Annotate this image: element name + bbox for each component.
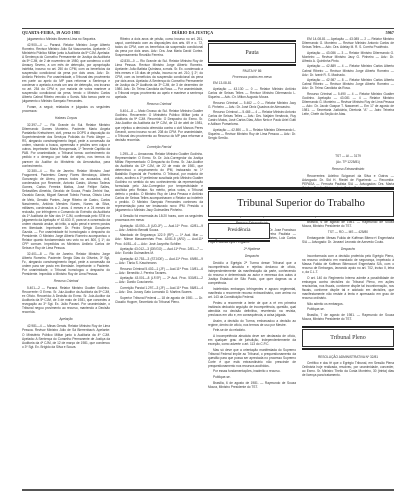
pending-item: Apelação 43.012—3 (DE/GO) — Aud.11ª Proc…	[115, 247, 203, 255]
presidencia-box: Presidência	[208, 223, 270, 239]
column-2: Ribeiro a dois anos de prisão, como incu…	[115, 37, 203, 492]
header-publication: DIÁRIO DA JUSTIÇA	[172, 30, 213, 35]
section-heading-habeas-corpus: Habeas Corpus	[22, 116, 110, 120]
paragraph: 1.295—8 — Amazonas. Relator Ministro Gua…	[115, 152, 203, 213]
paragraph: 42.981—4 — Minas Gerais. Relator Ministr…	[22, 324, 110, 348]
pending-item: Superior Tribunal Federal — 18 de agosto…	[115, 296, 203, 304]
paragraph: Mas só deve que a orientação manifestada…	[208, 348, 296, 368]
pauta-note: Processos postos em mesa	[208, 75, 296, 79]
pauta-item: Apelação — 43.086 — 3 — Relator Ministro…	[302, 51, 394, 63]
pauta-subtitle: PAUTA Nº 86	[208, 69, 296, 73]
banner-spacer	[302, 118, 394, 152]
header-date: QUARTA-FEIRA, 19 AGO 1981	[22, 30, 80, 35]
region-label: 2ª Hipótese	[208, 247, 296, 251]
pauta-item: Recurso Criminal — 5.465 — 4 — Relator M…	[208, 110, 296, 126]
tst-reference: TST — RO — MS — 425/80	[302, 230, 394, 234]
paragraph: A incompetência absoluta deve ser declar…	[208, 334, 296, 346]
paragraph: Assim, a decisão do Turma, embarcadou a …	[208, 319, 296, 327]
pauta-date: EM 13-08-81	[208, 81, 296, 85]
header-page-number: 5967	[386, 30, 394, 35]
paragraph: Não admito os embargos.	[302, 302, 394, 306]
tribunal-pleno-box: Tribunal Pleno	[302, 329, 394, 347]
pending-item: Apelação 43.001—8 (LF/JF) — 2ª Aud. Proc…	[115, 276, 203, 284]
tst-reference-sub: (Ac. TP 1225/81)	[302, 160, 394, 164]
newspaper-page: QUARTA-FEIRA, 19 AGO 1981 DIÁRIO DA JUST…	[22, 28, 394, 492]
paragraph: 32.380—4 — Rio de Janeiro. Relator Minis…	[22, 169, 110, 250]
paragraph: Certifico e dou fé que o Egrégio Tribuna…	[302, 361, 394, 377]
paragraph: 42.830—0 — Rio Grande do Sul. Relator Mi…	[115, 59, 203, 99]
section-heading-recurso-criminal: Recurso Criminal	[115, 102, 203, 106]
tst-banner: Tribunal Superior do Trabalho	[208, 191, 394, 217]
paragraph: Fele-se de do relatório.	[208, 328, 296, 332]
paragraph: 32.397—7 — Rio Grande do Sul. Relator Mi…	[22, 123, 110, 168]
paragraph: A Sessão foi encerrada às 18:20 horas, c…	[115, 214, 203, 222]
paragraph: Publique-se.	[208, 375, 296, 379]
pauta-item: Recurso Criminal — 5.490 — 4 — Relator M…	[302, 92, 394, 116]
pending-item: Correição Parcial 1.297—3 (JF) — Aud.11ª…	[115, 286, 203, 294]
pauta-box: Pauta	[208, 43, 296, 63]
column-3: Pauta PAUTA Nº 86 Processos postos em me…	[208, 37, 296, 492]
pauta-item: Apelação — 42.890 — 5 — Relator Ministro…	[208, 128, 296, 140]
paragraph: Por essas fundamentações, inadmito o rec…	[208, 369, 296, 373]
banner-spacer	[208, 142, 296, 176]
paragraph: Brasília, 7 de agosto de 1981. — Raymund…	[302, 313, 394, 321]
paragraph: 5.401—2 — Paraná. Relator Ministro Gualt…	[22, 286, 110, 314]
pauta-item: Recurso Criminal — 5.462 — 0 — Relator M…	[208, 101, 296, 109]
pending-item: Apelação 43.050—5 (UD-JF) — Aud.11ª Proc…	[115, 224, 203, 232]
tst-reference: TST — AI — 3179	[302, 154, 394, 158]
paragraph: 42.900—4 — Paraná. Relator Ministro Jorg…	[22, 43, 110, 104]
pending-item: Apelação 42.753—3 (STJ/DE) — Aud.11ª Pro…	[115, 257, 203, 265]
paragraph: julgamento o Ministro Bezerra Lima no Se…	[22, 37, 110, 41]
paragraph: Pedeu a recorrente a lente de que a ré e…	[208, 301, 296, 317]
resolucao-heading: RESOLUÇÃO ADMINISTRATIVA Nº 32/81	[302, 355, 394, 359]
paragraph: Decidiu a Egrégia 2ª Turma desse Tribuna…	[208, 261, 296, 285]
section-heading-recurso-extraordinario: Recurso Extraordinário	[302, 167, 394, 171]
paragraph: O art. 140 do Regimento Interno admite a…	[302, 276, 394, 300]
pauta-item: Apelação — 43.130 — 0 — Relator Ministro…	[208, 87, 296, 99]
paragraph: Brasília, 6 de agosto de 1981. — Raymund…	[208, 381, 296, 389]
column-1: julgamento o Ministro Bezerra Lima no Se…	[22, 37, 110, 492]
paragraph: Publique-se.	[302, 307, 394, 311]
section-heading-apelacao: Apelação	[22, 317, 110, 321]
paragraph: 32.401—8 — Rio de Janeiro. Relator Minis…	[22, 252, 110, 276]
section-heading-despacho: Despacho	[208, 254, 296, 258]
paragraph: 5.404—8 — Mato Grosso do Sul. Relator Mi…	[115, 109, 203, 141]
section-heading-despacho: Despacho	[302, 247, 394, 251]
pauta-item: Apelação — 42.987 — 8 — Relator Ministro…	[302, 78, 394, 90]
footer-rule	[22, 489, 394, 491]
pauta-item: EM 14-08-81 — Apelação — 43.085 — 2 — Re…	[302, 37, 394, 49]
paragraph: Indeferidos embargos infringentes e agra…	[208, 287, 296, 299]
pending-item: Recurso Criminal 5.402—1 (JF) — Aud.11ª …	[115, 267, 203, 275]
paragraph: Foram, a seguir, relatados e julgados os…	[22, 105, 110, 113]
paragraph: Embargante: Mesas Fulida de Kuffman Bite…	[302, 236, 394, 244]
section-heading-recurso-criminal: Recurso Criminal	[22, 279, 110, 283]
paragraph: Ribeiro a dois anos de prisão, como incu…	[115, 37, 203, 57]
column-4: EM 14-08-81 — Apelação — 43.085 — 2 — Re…	[302, 37, 394, 492]
paragraph: Inconformada com a decisão proferida pel…	[302, 254, 394, 274]
section-heading-correicao-parcial: Correição Parcial	[115, 145, 203, 149]
pending-item: Mandado de Segurança 122-9 (RP) — 1ª Aud…	[115, 233, 203, 245]
pauta-item: Apelação — 42.889 — 4 — Relator Ministro…	[302, 64, 394, 76]
page-header: QUARTA-FEIRA, 19 AGO 1981 DIÁRIO DA JUST…	[22, 28, 394, 36]
